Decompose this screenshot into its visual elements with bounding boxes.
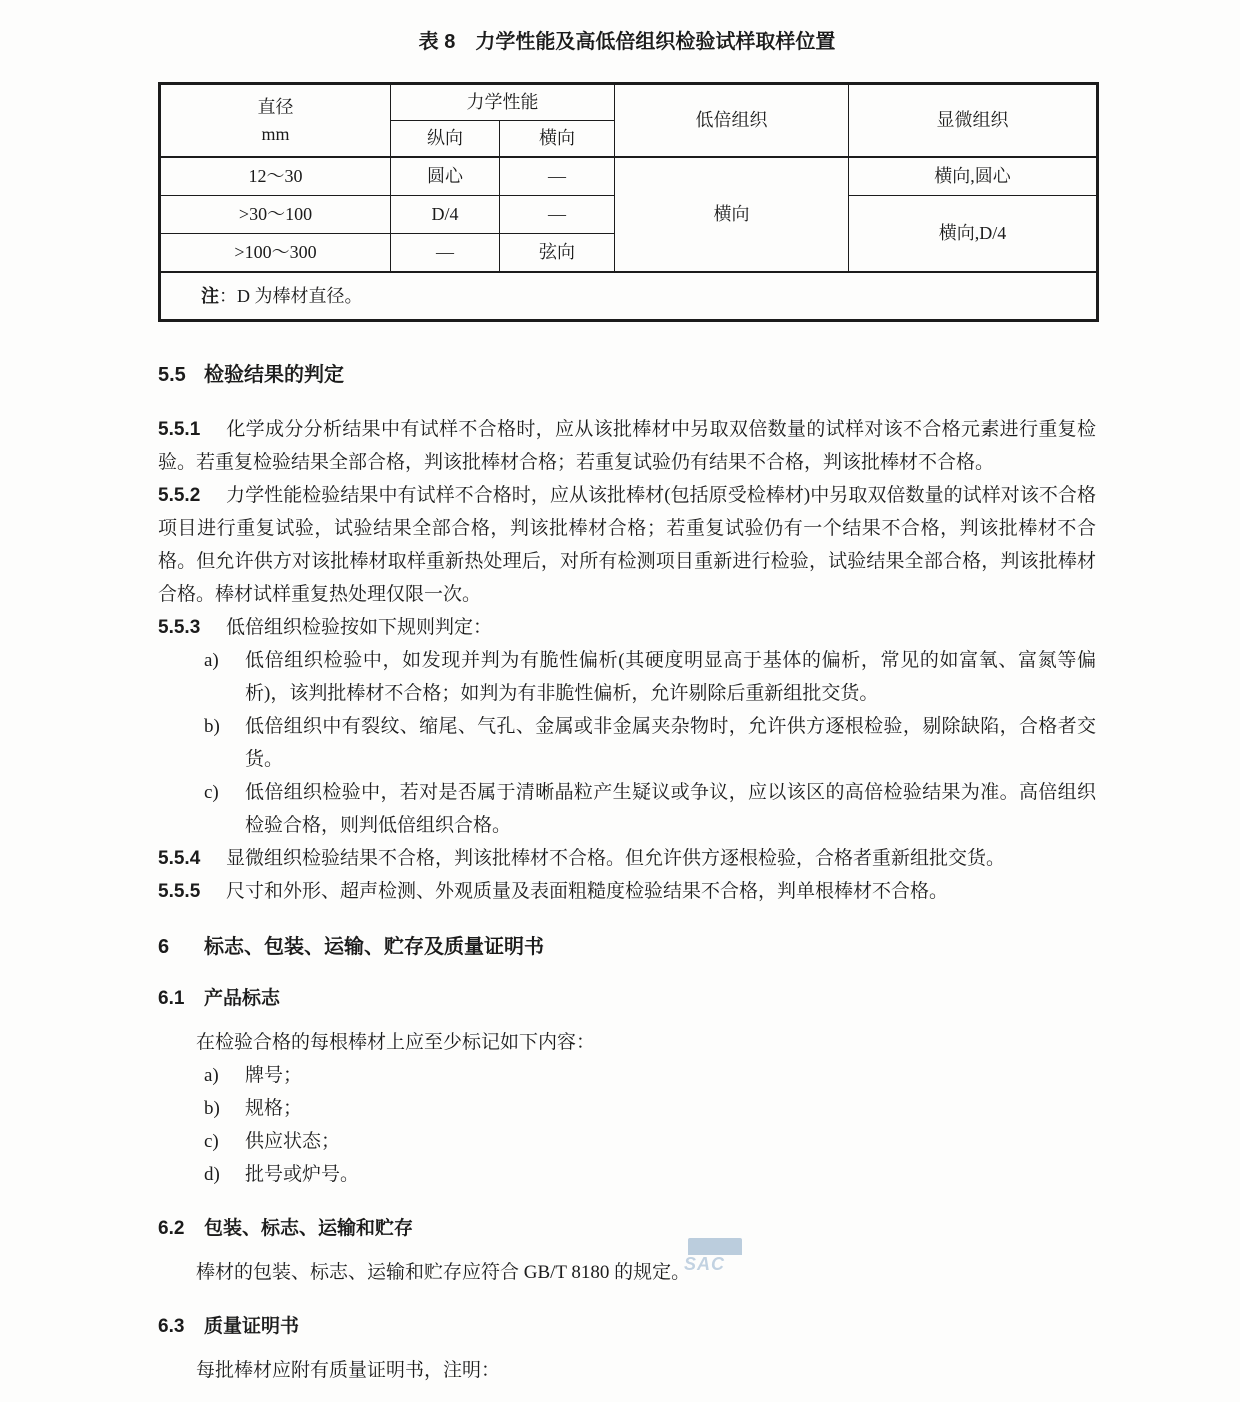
- list-item-text: 低倍组织中有裂纹、缩尾、气孔、金属或非金属夹杂物时，允许供方逐根检验，剔除缺陷，…: [245, 710, 1096, 776]
- cell-transverse-3: 弦向: [500, 234, 615, 273]
- cell-micro-2-3: 横向,D/4: [849, 196, 1098, 273]
- table8-note-row: 注：D 为棒材直径。: [160, 272, 1098, 321]
- section-6-3-title: 质量证明书: [204, 1316, 299, 1337]
- section-6-3-text: 每批棒材应附有质量证明书，注明：: [158, 1354, 1096, 1387]
- cell-transverse-1: —: [500, 157, 615, 196]
- cell-longitudinal-1: 圆心: [391, 157, 500, 196]
- cell-transverse-2: —: [500, 196, 615, 234]
- table8-header-diameter: 直径 mm: [160, 84, 391, 158]
- table8-header-micro: 显微组织: [849, 84, 1098, 158]
- list-item-text: 牌号；: [245, 1059, 1096, 1092]
- list-item-label: b): [204, 710, 245, 776]
- list-item-label: d): [204, 1158, 245, 1191]
- cell-diameter-2: >30～100: [160, 196, 391, 234]
- section-6-heading: 6标志、包装、运输、贮存及质量证明书: [158, 934, 1096, 961]
- cell-diameter-1: 12～30: [160, 157, 391, 196]
- table8-header-row-1: 直径 mm 力学性能 低倍组织 显微组织: [160, 84, 1098, 121]
- list-item-label: b): [204, 1092, 245, 1125]
- table8-row-1: 12～30 圆心 — 横向 横向,圆心: [160, 157, 1098, 196]
- list-item-6-1-d: d) 批号或炉号。: [158, 1158, 1096, 1191]
- cell-longitudinal-2: D/4: [391, 196, 500, 234]
- clause-5-5-1: 5.5.1化学成分分析结果中有试样不合格时，应从该批棒材中另取双倍数量的试样对该…: [158, 413, 1096, 479]
- page-content: 表 8 力学性能及高低倍组织检验试样取样位置 直径 mm 力学性能 低倍组织 显…: [158, 28, 1096, 1387]
- clause-5-5-2-number: 5.5.2: [158, 479, 226, 512]
- clause-5-5-4: 5.5.4显微组织检验结果不合格，判该批棒材不合格。但允许供方逐根检验，合格者重…: [158, 842, 1096, 875]
- list-item-label: c): [204, 776, 245, 842]
- section-6-2-number: 6.2: [158, 1215, 204, 1242]
- table8-header-transverse: 横向: [500, 121, 615, 158]
- clause-5-5-5-number: 5.5.5: [158, 875, 226, 908]
- section-6-1-intro: 在检验合格的每根棒材上应至少标记如下内容：: [158, 1026, 1096, 1059]
- section-6-1-title: 产品标志: [204, 988, 280, 1009]
- list-item-text: 供应状态；: [245, 1125, 1096, 1158]
- list-item-text: 批号或炉号。: [245, 1158, 1096, 1191]
- table8-note: 注：D 为棒材直径。: [160, 272, 1098, 321]
- section-5-5-number: 5.5: [158, 362, 204, 389]
- table8-header-mechanical: 力学性能: [391, 84, 615, 121]
- clause-5-5-2: 5.5.2力学性能检验结果中有试样不合格时，应从该批棒材(包括原受检棒材)中另取…: [158, 479, 1096, 611]
- cell-diameter-3: >100～300: [160, 234, 391, 273]
- clause-5-5-5-text: 尺寸和外形、超声检测、外观质量及表面粗糙度检验结果不合格，判单根棒材不合格。: [226, 881, 948, 902]
- clause-5-5-1-text: 化学成分分析结果中有试样不合格时，应从该批棒材中另取双倍数量的试样对该不合格元素…: [158, 419, 1096, 473]
- table8-note-text: ：D 为棒材直径。: [219, 286, 363, 306]
- list-item-text: 低倍组织检验中，如发现并判为有脆性偏析(其硬度明显高于基体的偏析，常见的如富氧、…: [245, 644, 1096, 710]
- table8-header-longitudinal: 纵向: [391, 121, 500, 158]
- clause-5-5-4-text: 显微组织检验结果不合格，判该批棒材不合格。但允许供方逐根检验，合格者重新组批交货…: [226, 848, 1005, 869]
- clause-5-5-5: 5.5.5尺寸和外形、超声检测、外观质量及表面粗糙度检验结果不合格，判单根棒材不…: [158, 875, 1096, 908]
- section-6-2-heading: 6.2包装、标志、运输和贮存: [158, 1215, 1096, 1242]
- list-item-text: 低倍组织检验中，若对是否属于清晰晶粒产生疑议或争议，应以该区的高倍检验结果为准。…: [245, 776, 1096, 842]
- list-item-label: a): [204, 644, 245, 710]
- section-6-2-text: 棒材的包装、标志、运输和贮存应符合 GB/T 8180 的规定。: [158, 1256, 1096, 1289]
- list-item-label: c): [204, 1125, 245, 1158]
- section-6-2-title: 包装、标志、运输和贮存: [204, 1218, 413, 1239]
- list-item-5-5-3-b: b) 低倍组织中有裂纹、缩尾、气孔、金属或非金属夹杂物时，允许供方逐根检验，剔除…: [158, 710, 1096, 776]
- table8-header-diameter-unit: mm: [161, 121, 390, 148]
- clause-5-5-4-number: 5.5.4: [158, 842, 226, 875]
- clause-5-5-3-lead: 低倍组织检验按如下规则判定：: [226, 617, 492, 638]
- list-item-6-1-c: c) 供应状态；: [158, 1125, 1096, 1158]
- section-6-1-number: 6.1: [158, 985, 204, 1012]
- table8-title: 表 8 力学性能及高低倍组织检验试样取样位置: [158, 28, 1096, 56]
- list-item-label: a): [204, 1059, 245, 1092]
- table8: 直径 mm 力学性能 低倍组织 显微组织 纵向 横向 12～30 圆心 — 横向: [158, 82, 1099, 322]
- section-6-3-heading: 6.3质量证明书: [158, 1313, 1096, 1340]
- clause-group: 5.5.1化学成分分析结果中有试样不合格时，应从该批棒材中另取双倍数量的试样对该…: [158, 413, 1096, 908]
- section-5-5-heading: 5.5检验结果的判定: [158, 362, 1096, 389]
- list-item-5-5-3-c: c) 低倍组织检验中，若对是否属于清晰晶粒产生疑议或争议，应以该区的高倍检验结果…: [158, 776, 1096, 842]
- clause-5-5-1-number: 5.5.1: [158, 413, 226, 446]
- table8-header-diameter-label: 直径: [161, 94, 390, 121]
- document-page: SAC 表 8 力学性能及高低倍组织检验试样取样位置 直径 mm 力学性能 低倍…: [0, 0, 1240, 1402]
- section-5-5-title: 检验结果的判定: [204, 364, 344, 386]
- list-item-6-1-a: a) 牌号；: [158, 1059, 1096, 1092]
- clause-5-5-3-number: 5.5.3: [158, 611, 226, 644]
- clause-5-5-3: 5.5.3低倍组织检验按如下规则判定：: [158, 611, 1096, 644]
- cell-micro-1: 横向,圆心: [849, 157, 1098, 196]
- section-6-number: 6: [158, 934, 204, 961]
- section-6-3-number: 6.3: [158, 1313, 204, 1340]
- table8-note-label: 注: [201, 286, 219, 306]
- table8-header-macro: 低倍组织: [615, 84, 849, 158]
- cell-macro-all: 横向: [615, 157, 849, 272]
- clause-5-5-2-text: 力学性能检验结果中有试样不合格时，应从该批棒材(包括原受检棒材)中另取双倍数量的…: [158, 485, 1096, 605]
- list-item-5-5-3-a: a) 低倍组织检验中，如发现并判为有脆性偏析(其硬度明显高于基体的偏析，常见的如…: [158, 644, 1096, 710]
- list-item-6-1-b: b) 规格；: [158, 1092, 1096, 1125]
- section-6-1-heading: 6.1产品标志: [158, 985, 1096, 1012]
- list-item-text: 规格；: [245, 1092, 1096, 1125]
- cell-longitudinal-3: —: [391, 234, 500, 273]
- section-6-title: 标志、包装、运输、贮存及质量证明书: [204, 936, 544, 958]
